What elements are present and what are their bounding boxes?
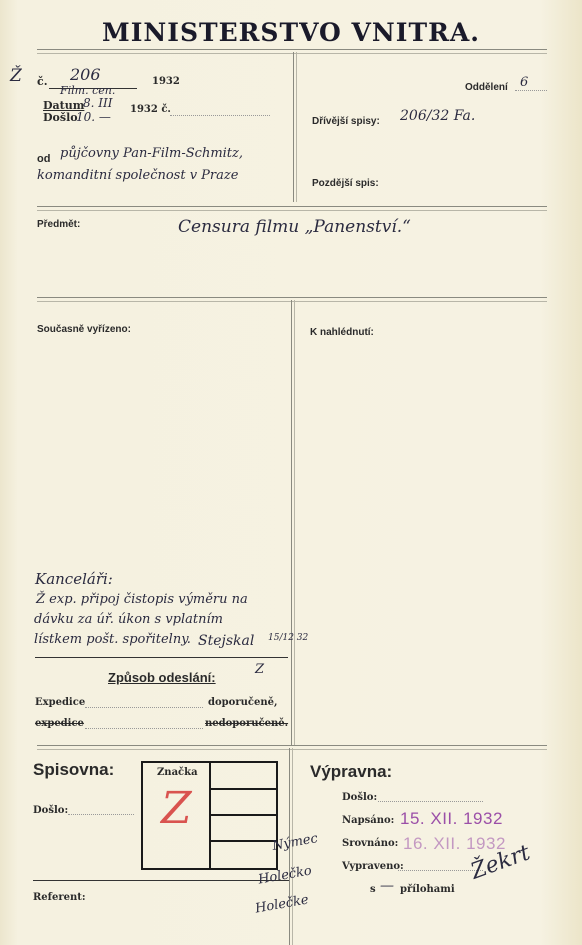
doslo-value: 10. — bbox=[76, 110, 111, 124]
spisovna-doslo-label: Došlo: bbox=[33, 805, 68, 816]
page-title: MINISTERSTVO VNITRA. bbox=[0, 18, 582, 47]
subject-label: Předmět: bbox=[37, 219, 80, 230]
vypraveno-label: Vypraveno: bbox=[342, 861, 404, 872]
note-line3: lístkem pošt. spořitelny. bbox=[34, 632, 191, 647]
number-label: č. bbox=[37, 75, 48, 88]
year-label: 1932 bbox=[152, 76, 180, 87]
divider-vertical-middle bbox=[291, 300, 295, 745]
drivejsi-label: Dřívější spisy: bbox=[312, 116, 380, 127]
spisovna-heading: Spisovna: bbox=[33, 760, 114, 780]
napsano-stamp: 15. XII. 1932 bbox=[400, 809, 503, 829]
divider-vertical-header bbox=[293, 52, 297, 202]
datum-year: 1932 č. bbox=[130, 104, 171, 115]
soucasne-label: Současně vyřízeno: bbox=[37, 324, 131, 335]
sending-row2-right: nedoporučeně. bbox=[205, 718, 288, 729]
from-value-line2: komanditní společnost v Praze bbox=[37, 168, 238, 183]
datum-value: 8. III bbox=[83, 96, 112, 110]
vypravna-heading: Výpravna: bbox=[310, 762, 392, 782]
oddeleni-label: Oddělení bbox=[465, 82, 508, 93]
note-signature-date: 15/12 32 bbox=[268, 633, 308, 643]
referent-label: Referent: bbox=[33, 892, 86, 903]
attachments-count: — bbox=[380, 878, 394, 894]
number-value: 206 bbox=[70, 65, 101, 84]
divider-subject-top bbox=[37, 206, 547, 211]
note-signature-mark: Z bbox=[255, 662, 264, 677]
sending-row1-left: Expedice bbox=[35, 697, 85, 708]
sending-row2-left: expedice bbox=[35, 718, 84, 729]
from-label: od bbox=[37, 153, 50, 165]
srovnano-stamp: 16. XII. 1932 bbox=[403, 834, 506, 854]
oddeleni-value: 6 bbox=[520, 75, 528, 90]
prilohami-label: přílohami bbox=[400, 884, 455, 895]
nahlednuti-label: K nahlédnutí: bbox=[310, 327, 374, 338]
sending-heading: Způsob odeslání: bbox=[108, 670, 216, 685]
divider-top bbox=[37, 49, 547, 54]
znacka-label: Značka bbox=[157, 767, 198, 778]
note-line1: Ž exp. připoj čistopis výměru na bbox=[36, 592, 248, 607]
napsano-label: Napsáno: bbox=[342, 815, 394, 826]
sending-row1-right: doporučeně, bbox=[208, 697, 277, 708]
note-signature: Stejskal bbox=[198, 633, 254, 649]
drivejsi-value: 206/32 Fa. bbox=[400, 108, 475, 124]
note-heading: Kanceláři: bbox=[35, 570, 113, 588]
doslo-label: Došlo bbox=[43, 111, 78, 124]
pozdejsi-label: Pozdější spis: bbox=[312, 178, 379, 189]
znacka-box: Značka Z bbox=[141, 761, 278, 870]
vypravna-doslo-label: Došlo: bbox=[342, 792, 377, 803]
znacka-mark: Z bbox=[161, 783, 192, 834]
note-line2: dávku za úř. úkon s vplatním bbox=[34, 612, 223, 627]
srovnano-label: Srovnáno: bbox=[342, 838, 398, 849]
prefix-mark: Ž bbox=[10, 66, 22, 86]
s-label: s bbox=[370, 884, 376, 895]
from-value-line1: půjčovny Pan-Film-Schmitz, bbox=[60, 146, 243, 161]
subject-value: Censura filmu „Panenství.“ bbox=[178, 217, 411, 237]
